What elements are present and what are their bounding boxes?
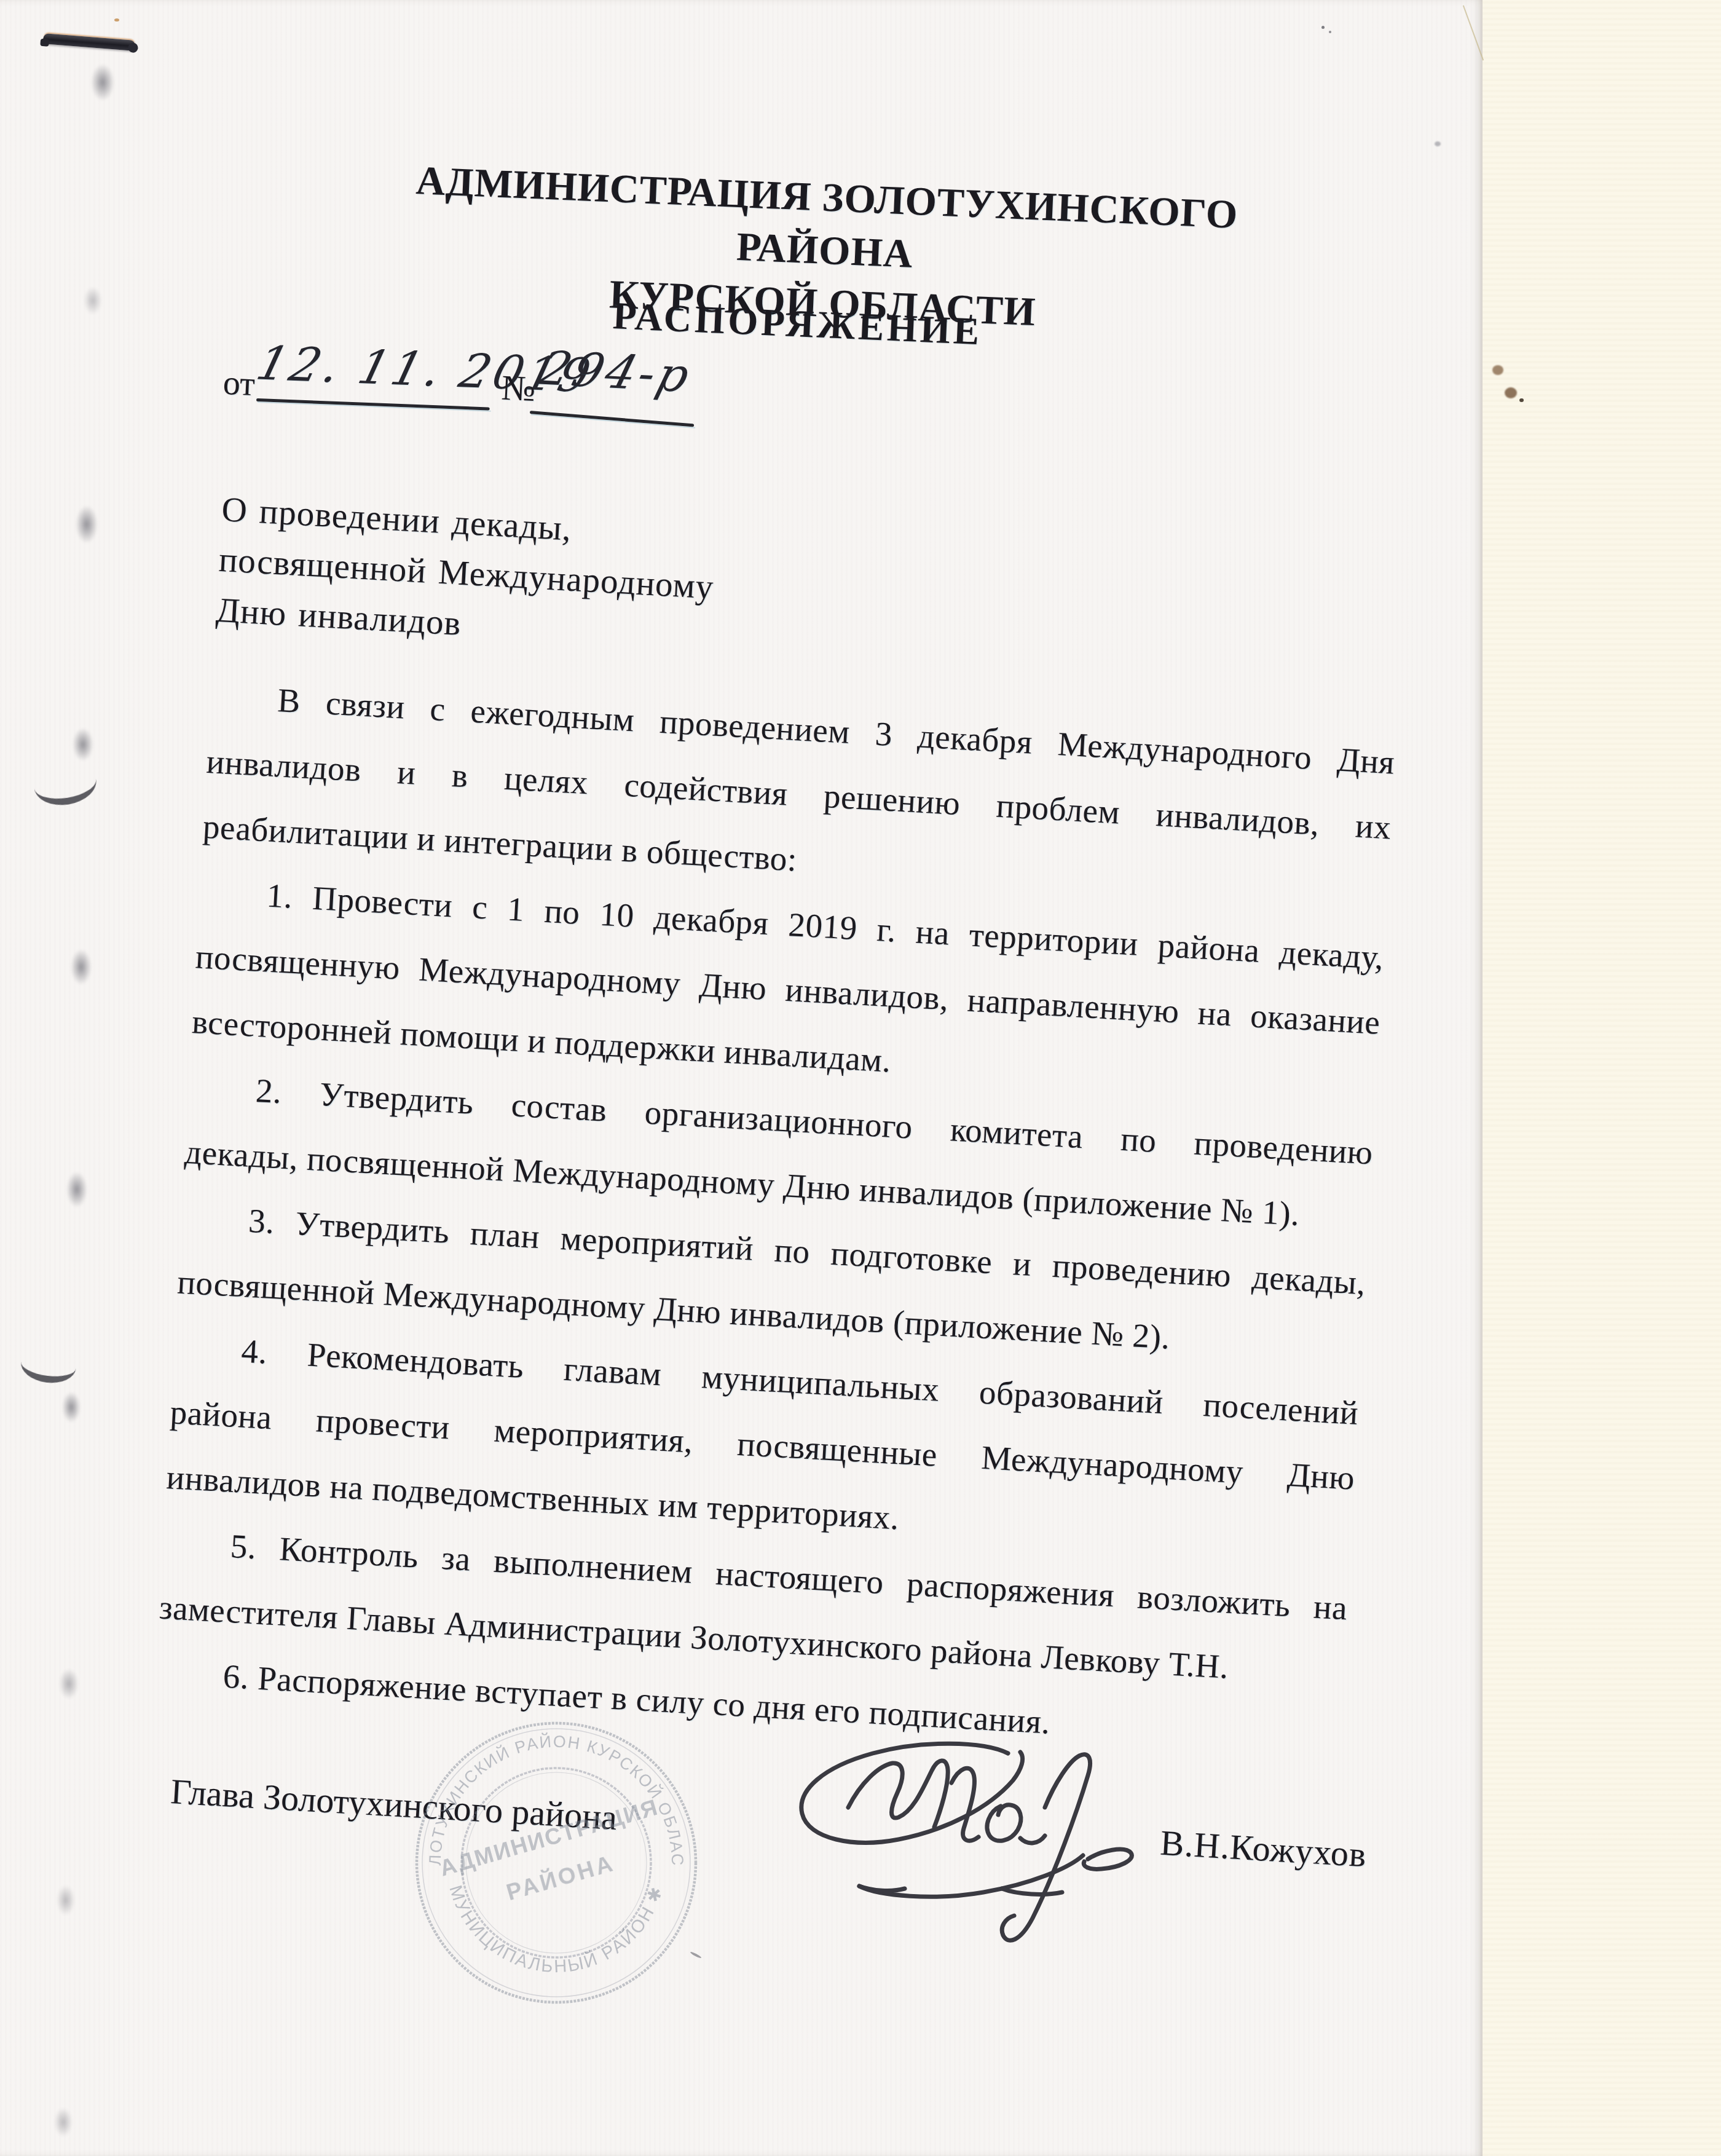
scanned-document-page: { "doc": { "org1": "АДМИНИСТРАЦИЯ ЗОЛОТУ… <box>0 0 1721 2156</box>
pen-signature <box>0 0 1721 2156</box>
